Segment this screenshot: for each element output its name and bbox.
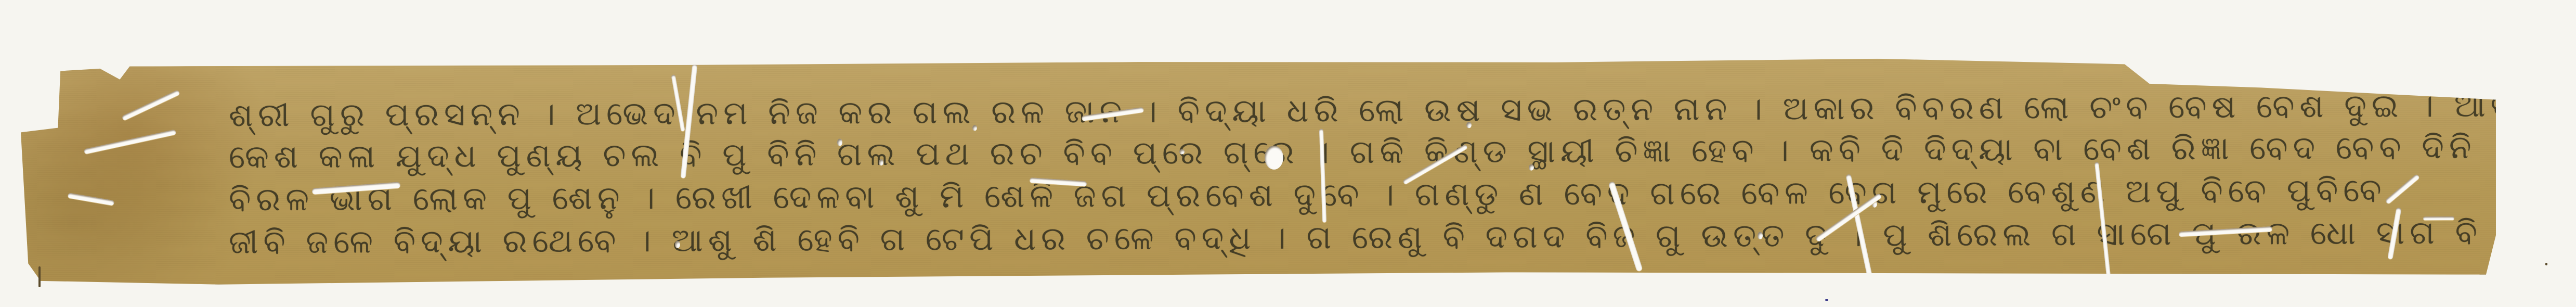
manuscript-line-1: ଶ୍ରୀ ଗୁରୁ ପ୍ରସନ୍ନ । ଅଭେଦ ନମ ନିଜ କର ଗଲ ରଳ…	[229, 86, 2576, 135]
manuscript-line-3: ବିରଳ ଭାଗି ଲୋକ ପୁ ଶେନୁ । ରେଖୀ ଦେଳବା ଶୁ ମି…	[229, 171, 2387, 219]
leaf-crack	[2385, 174, 2420, 204]
background-speck	[38, 266, 41, 287]
worm-hole	[1758, 232, 1763, 239]
worm-hole	[1466, 122, 1472, 128]
leaf-crack	[2423, 216, 2454, 220]
worm-hole	[675, 241, 680, 248]
worm-hole	[1179, 149, 1185, 155]
worm-hole	[1529, 164, 1534, 171]
worm-hole	[972, 125, 977, 131]
background-speck	[2545, 263, 2547, 265]
binding-hole	[1265, 146, 1283, 170]
background-speck	[1825, 299, 1828, 301]
worm-hole	[837, 138, 842, 146]
manuscript-line-2: କେଶ କଳା ଯୁଦ୍ଧ ପୁଣ୍ୟ ଚଲ ବି ପୁ ବିନି ଗଲ ପଥ …	[229, 128, 2477, 176]
manuscript-line-4: ଜୀବି ଜଳେ ବିଦ୍ୟା ରଥେବେ । ଆଶୁ ଶି ହେବି ଗ ଟେ…	[229, 212, 2576, 262]
palm-leaf-manuscript: ଶ୍ରୀ ଗୁରୁ ପ୍ରସନ୍ନ । ଅଭେଦ ନମ ନିଜ କର ଗଲ ରଳ…	[21, 56, 2496, 286]
worm-hole	[879, 159, 883, 165]
manuscript-text-block: ଶ୍ରୀ ଗୁରୁ ପ୍ରସନ୍ନ । ଅଭେଦ ନମ ନିଜ କର ଗଲ ରଳ…	[229, 72, 2319, 82]
